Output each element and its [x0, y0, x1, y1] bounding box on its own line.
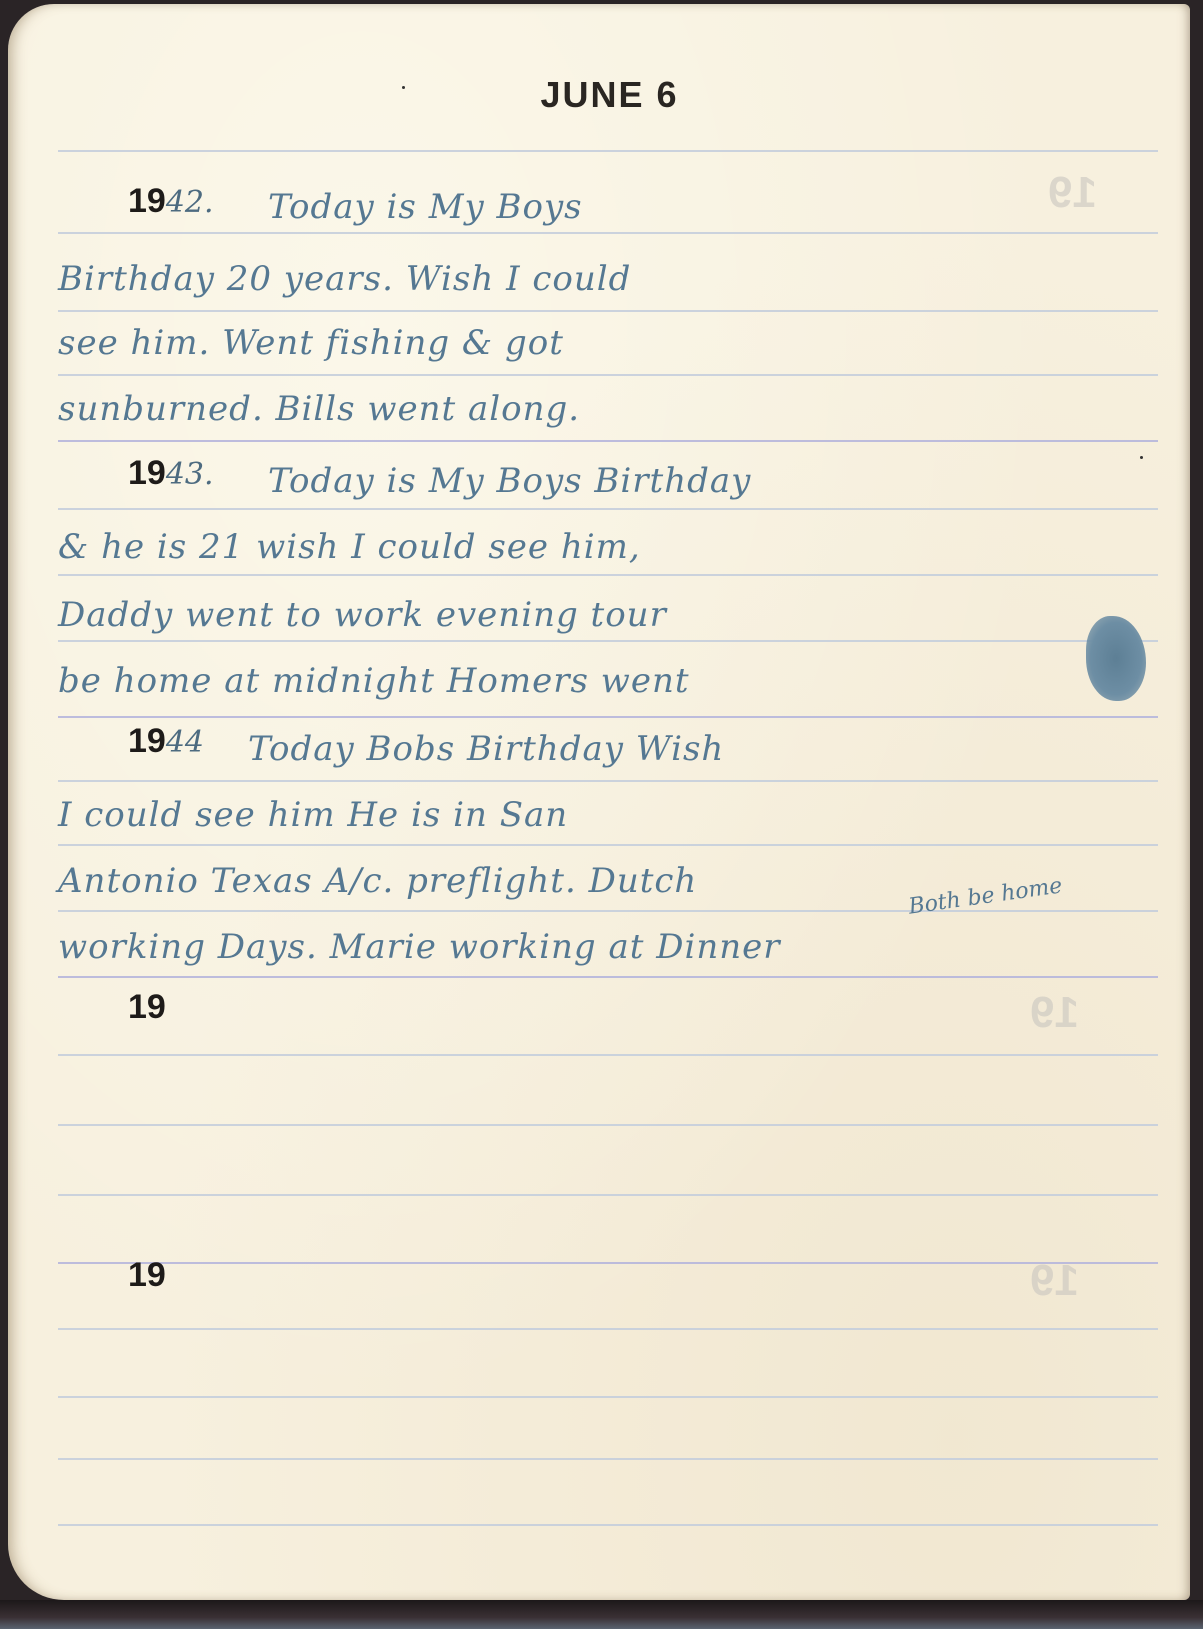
- bleed-through-year: 19: [1030, 1256, 1079, 1306]
- entry-text: Today Bobs Birthday Wish I could see him…: [58, 708, 1168, 988]
- year-printed: 19: [128, 1256, 166, 1294]
- ruled-line: [58, 150, 1158, 152]
- ruled-line: [58, 1054, 1158, 1056]
- entry-text: Today is My Boys Birthday 20 years. Wish…: [58, 166, 1168, 450]
- entry-line: working Days. Marie working at Dinner: [58, 906, 1168, 988]
- year-printed: 19: [128, 988, 166, 1026]
- ruled-line: [58, 1524, 1158, 1526]
- ruled-line: [58, 1458, 1158, 1460]
- entry-year: 19: [128, 1256, 166, 1295]
- entry-line: sunburned. Bills went along.: [58, 368, 1168, 450]
- book-edge: [0, 1600, 1203, 1629]
- paper-speck: [402, 86, 405, 89]
- ruled-line: [58, 1396, 1158, 1398]
- bleed-through-year: 19: [1030, 988, 1079, 1038]
- ruled-line: [58, 1328, 1158, 1330]
- ruled-line: [58, 1194, 1158, 1196]
- diary-page: JUNE 6 19 19 19 1942. Today is My Boys B…: [8, 4, 1190, 1600]
- ruled-line: [58, 1124, 1158, 1126]
- ruled-line: [58, 1262, 1158, 1264]
- entry-text: Today is My Boys Birthday & he is 21 wis…: [58, 440, 1168, 722]
- page-title: JUNE 6: [8, 74, 1203, 116]
- paper-speck: [1140, 456, 1143, 459]
- entry-year: 19: [128, 988, 166, 1027]
- entry-line: Today is My Boys: [58, 166, 1168, 248]
